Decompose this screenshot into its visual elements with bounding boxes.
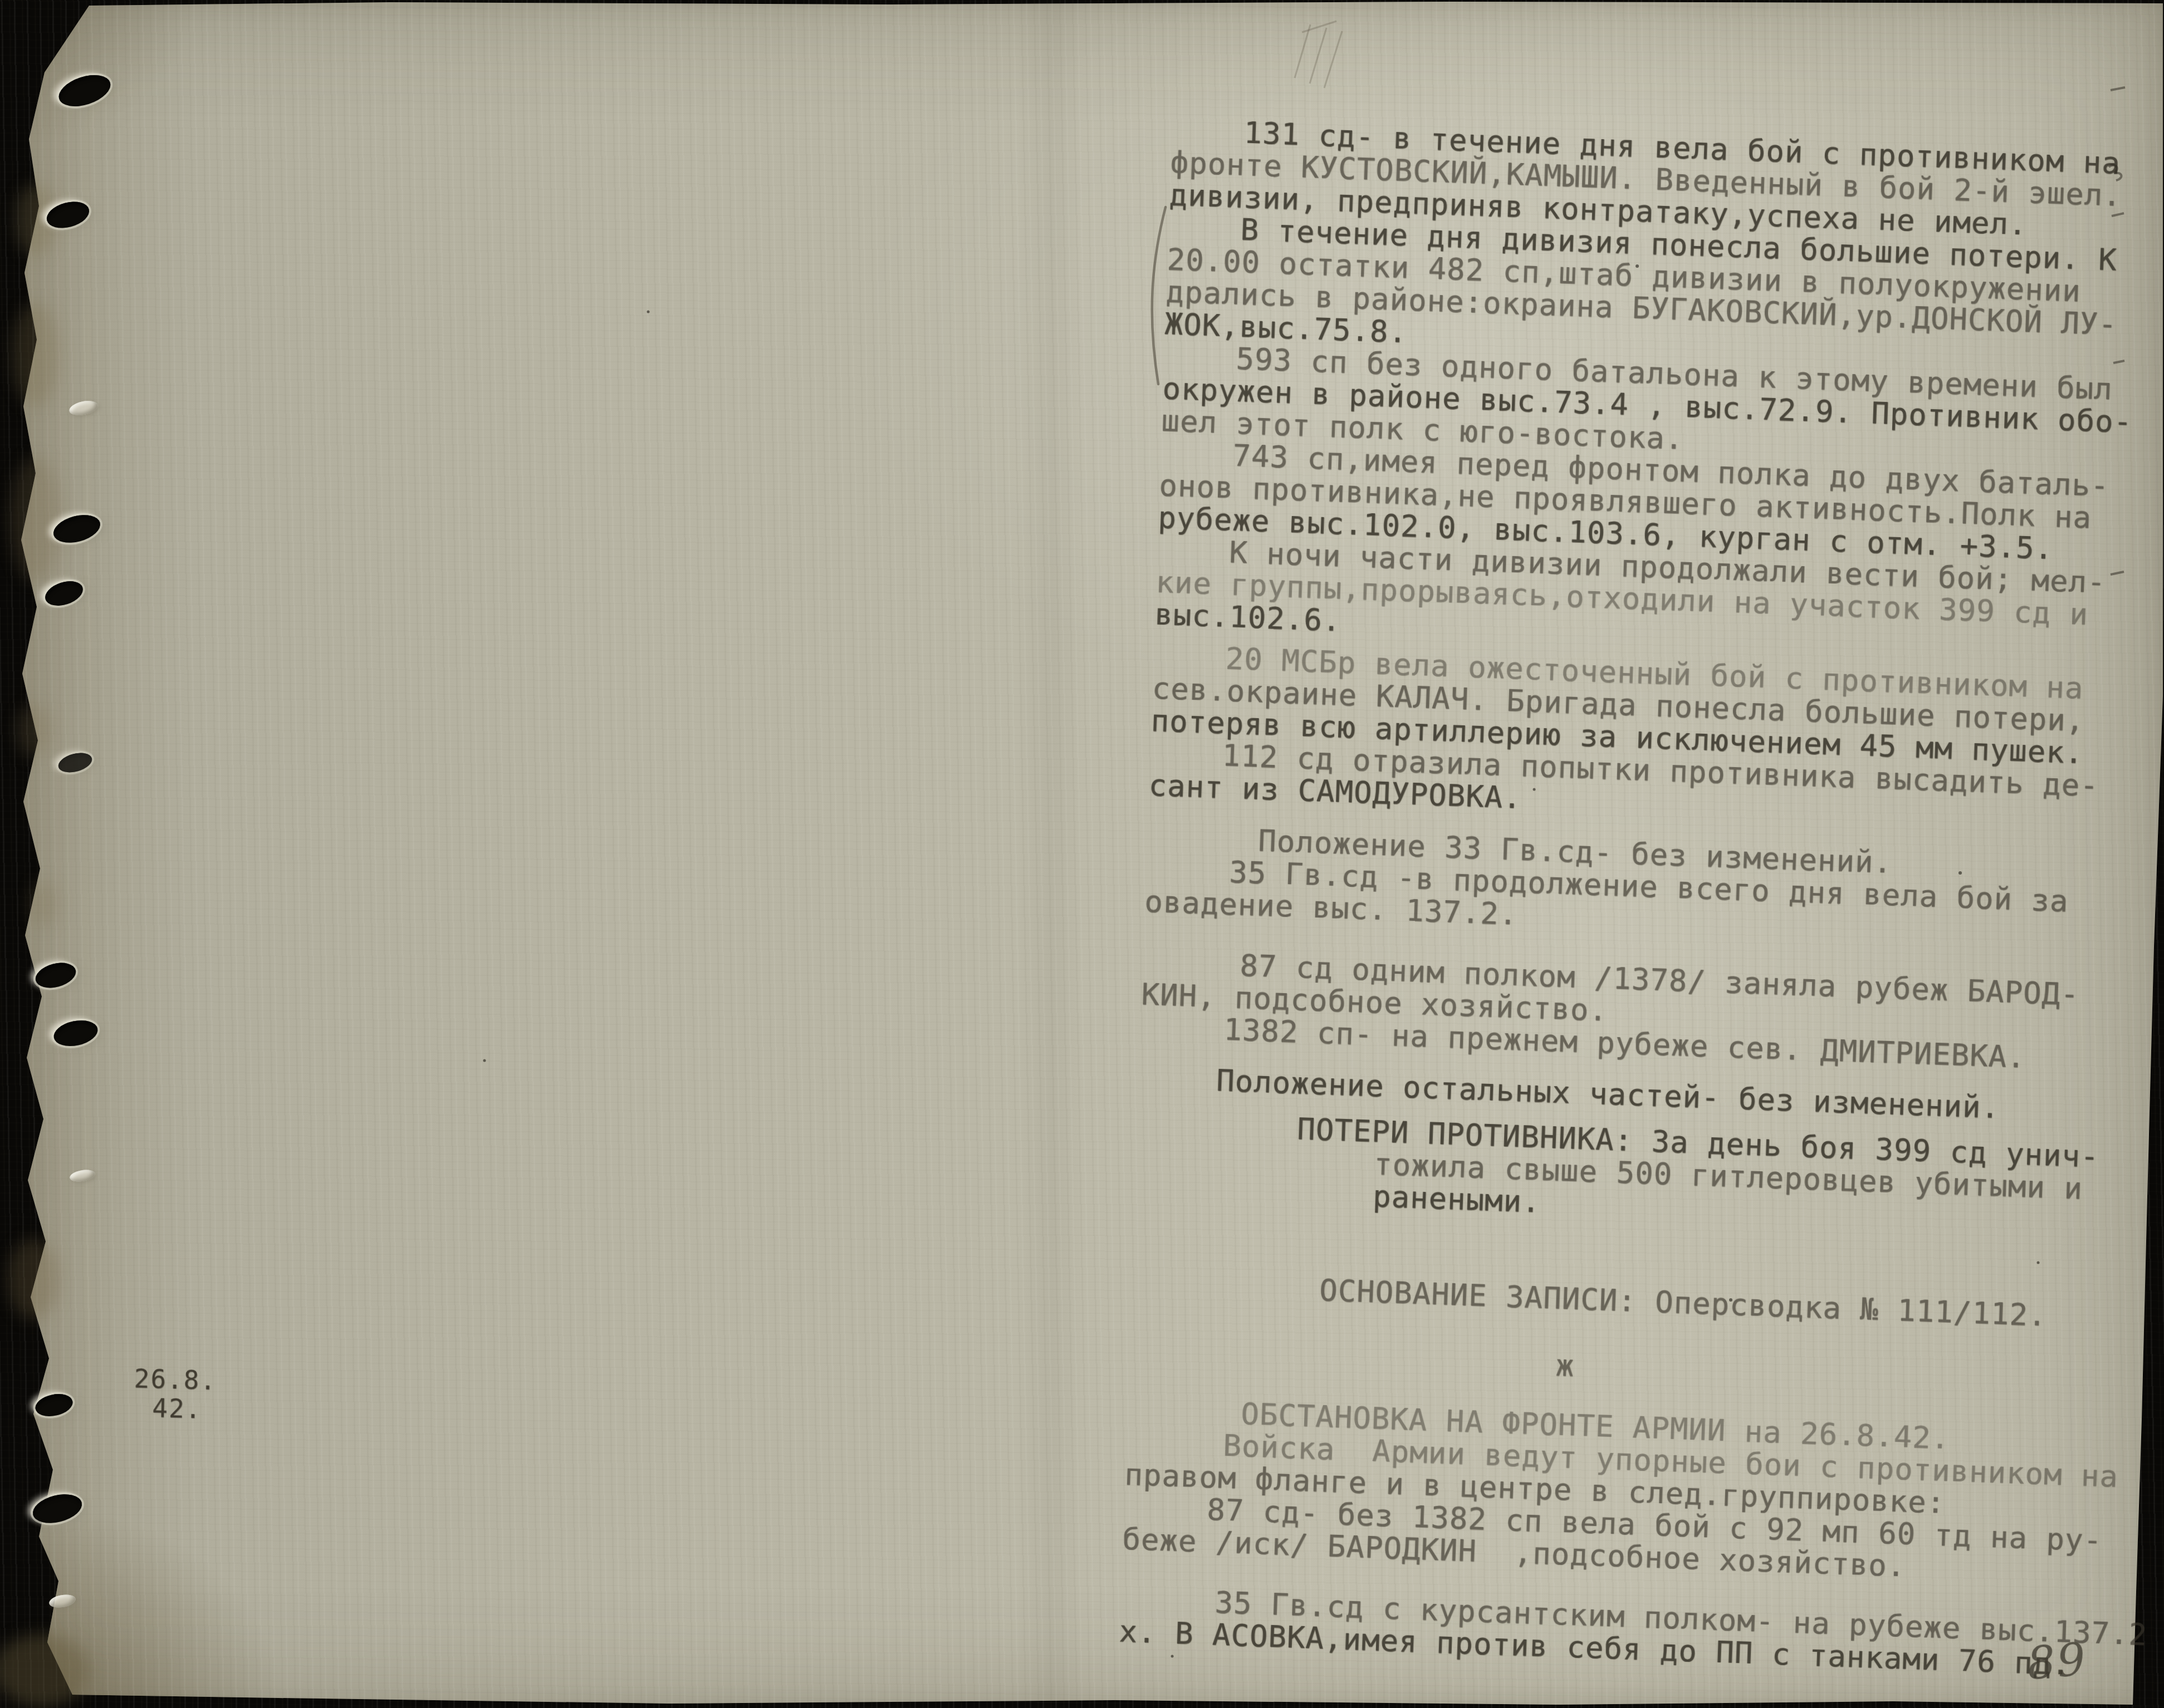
edge-stain xyxy=(17,704,51,757)
corner-stain xyxy=(0,1634,89,1706)
edge-stain xyxy=(10,457,61,582)
scanned-document-page: 131 сд- в течение дня вела бой с противн… xyxy=(0,0,2164,1708)
section-separator: ж xyxy=(1128,1334,2164,1403)
edge-stain xyxy=(8,1239,59,1319)
margin-date: 26.8. 42. xyxy=(133,1364,217,1424)
page-number: 89 xyxy=(2025,1633,2089,1690)
edge-stain xyxy=(29,880,58,927)
paragraph-enemy-losses: ПОТЕРИ ПРОТИВНИКА: За день боя 399 сд ун… xyxy=(1134,1107,2164,1241)
typed-text-block: 131 сд- в течение дня вела бой с противн… xyxy=(1119,111,2164,1684)
paragraph-record-basis: ОСНОВАНИЕ ЗАПИСИ: Оперсводка № 111/112. xyxy=(1130,1268,2164,1337)
margin-date-year: 42. xyxy=(133,1393,217,1424)
typed-line: ОСНОВАНИЕ ЗАПИСИ: Оперсводка № 111/112. xyxy=(1130,1268,2164,1337)
edge-stain xyxy=(12,303,59,406)
margin-date-day: 26.8. xyxy=(134,1364,217,1395)
section-separator-mark: ж xyxy=(1128,1334,2164,1403)
